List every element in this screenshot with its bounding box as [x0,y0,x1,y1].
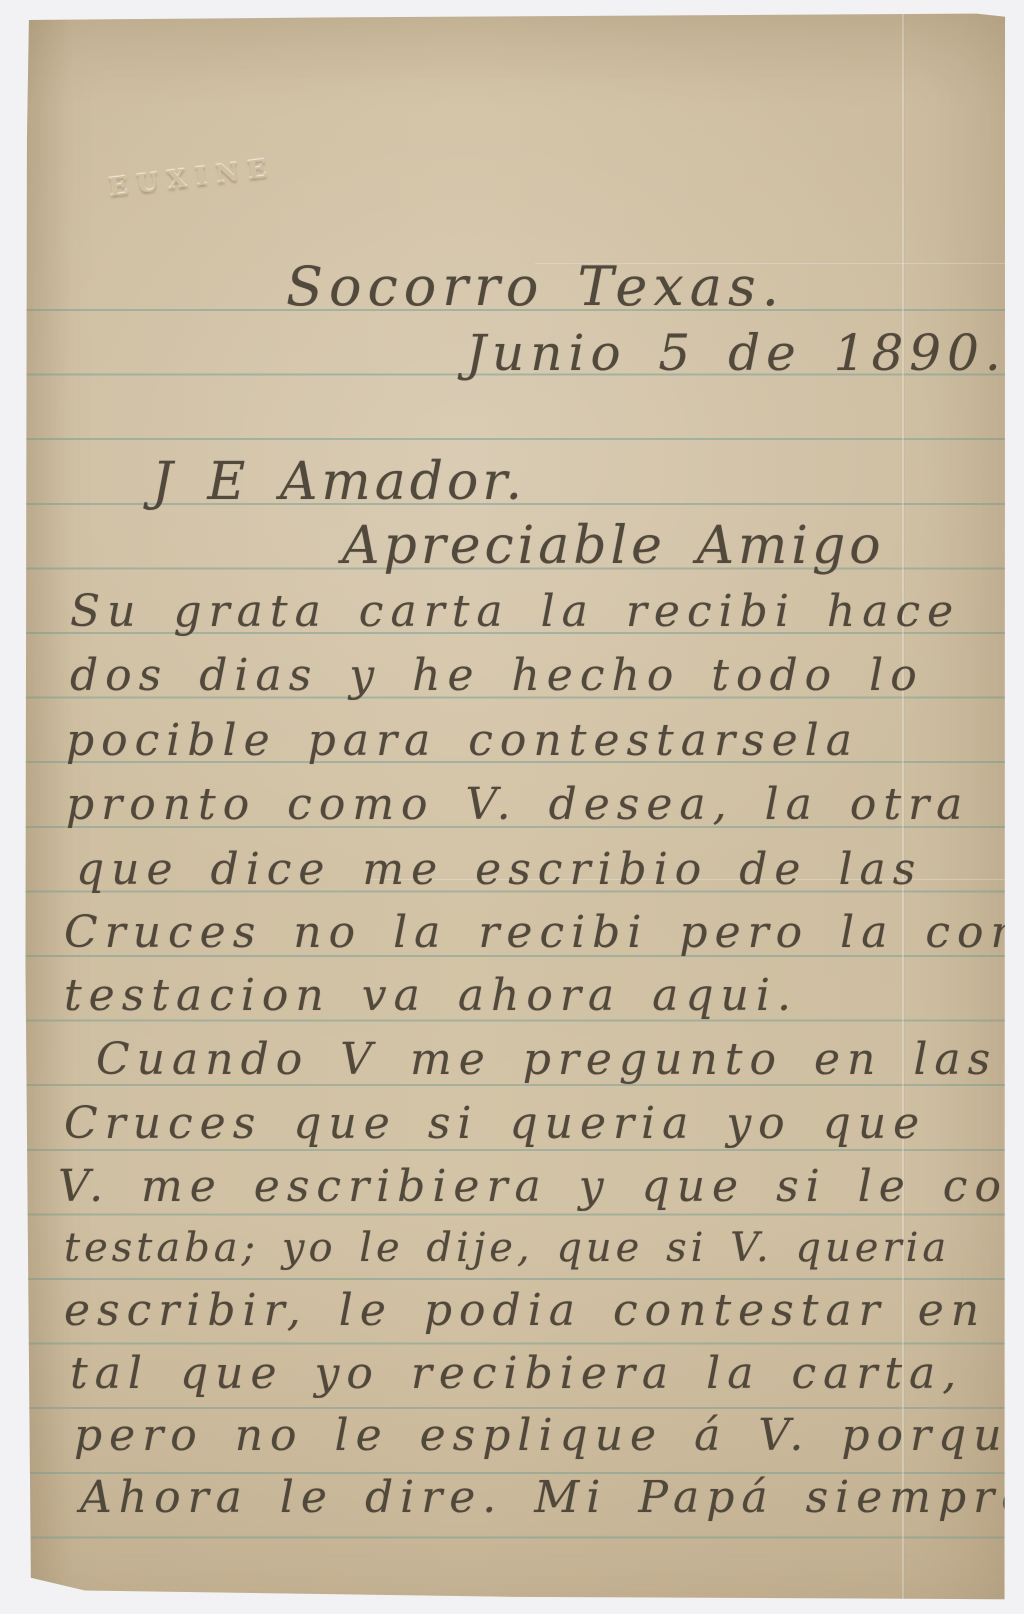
body-line-14: pero no le esplique á V. porque [74,1414,1024,1458]
salutation-line: Apreciable Amigo [342,520,885,572]
letter-paper: EUXINE Socorro Texas. Junio 5 de 1890. J… [24,12,1006,1600]
body-line-10: V. me escribiera y que si le con_ [58,1165,1024,1209]
body-line-4: pronto como V. desea, la otra [66,783,969,827]
body-line-1: Su grata carta la recibi hace [70,590,960,634]
body-line-5: que dice me escribio de las [76,848,922,892]
body-line-11: testaba; yo le dije, que si V. queria [64,1228,950,1268]
body-line-2: dos dias y he hecho todo lo [70,654,924,698]
body-line-12: escribir, le podia contestar en [64,1289,986,1333]
body-line-9: Cruces que si queria yo que [64,1102,926,1146]
scanned-letter-page: { "colors":{ "background":"#f2f2f4", "pa… [0,0,1024,1614]
body-line-3: pocible para contestarsela [66,719,859,763]
heading-date: Junio 5 de 1890. [466,328,1007,378]
body-line-7: testacion va ahora aqui. [64,974,798,1018]
body-line-8: Cuando V me pregunto en las [96,1038,997,1082]
body-line-15: Ahora le dire. Mi Papá siempre [80,1476,1024,1520]
embossed-stationery-stamp: EUXINE [99,135,285,218]
heading-place: Socorro Texas. [286,260,785,314]
recipient-line: J E Amador. [152,456,526,508]
body-line-6: Cruces no la recibi pero la con_ [64,911,1024,955]
body-line-13: tal que yo recibiera la carta, [70,1352,963,1396]
